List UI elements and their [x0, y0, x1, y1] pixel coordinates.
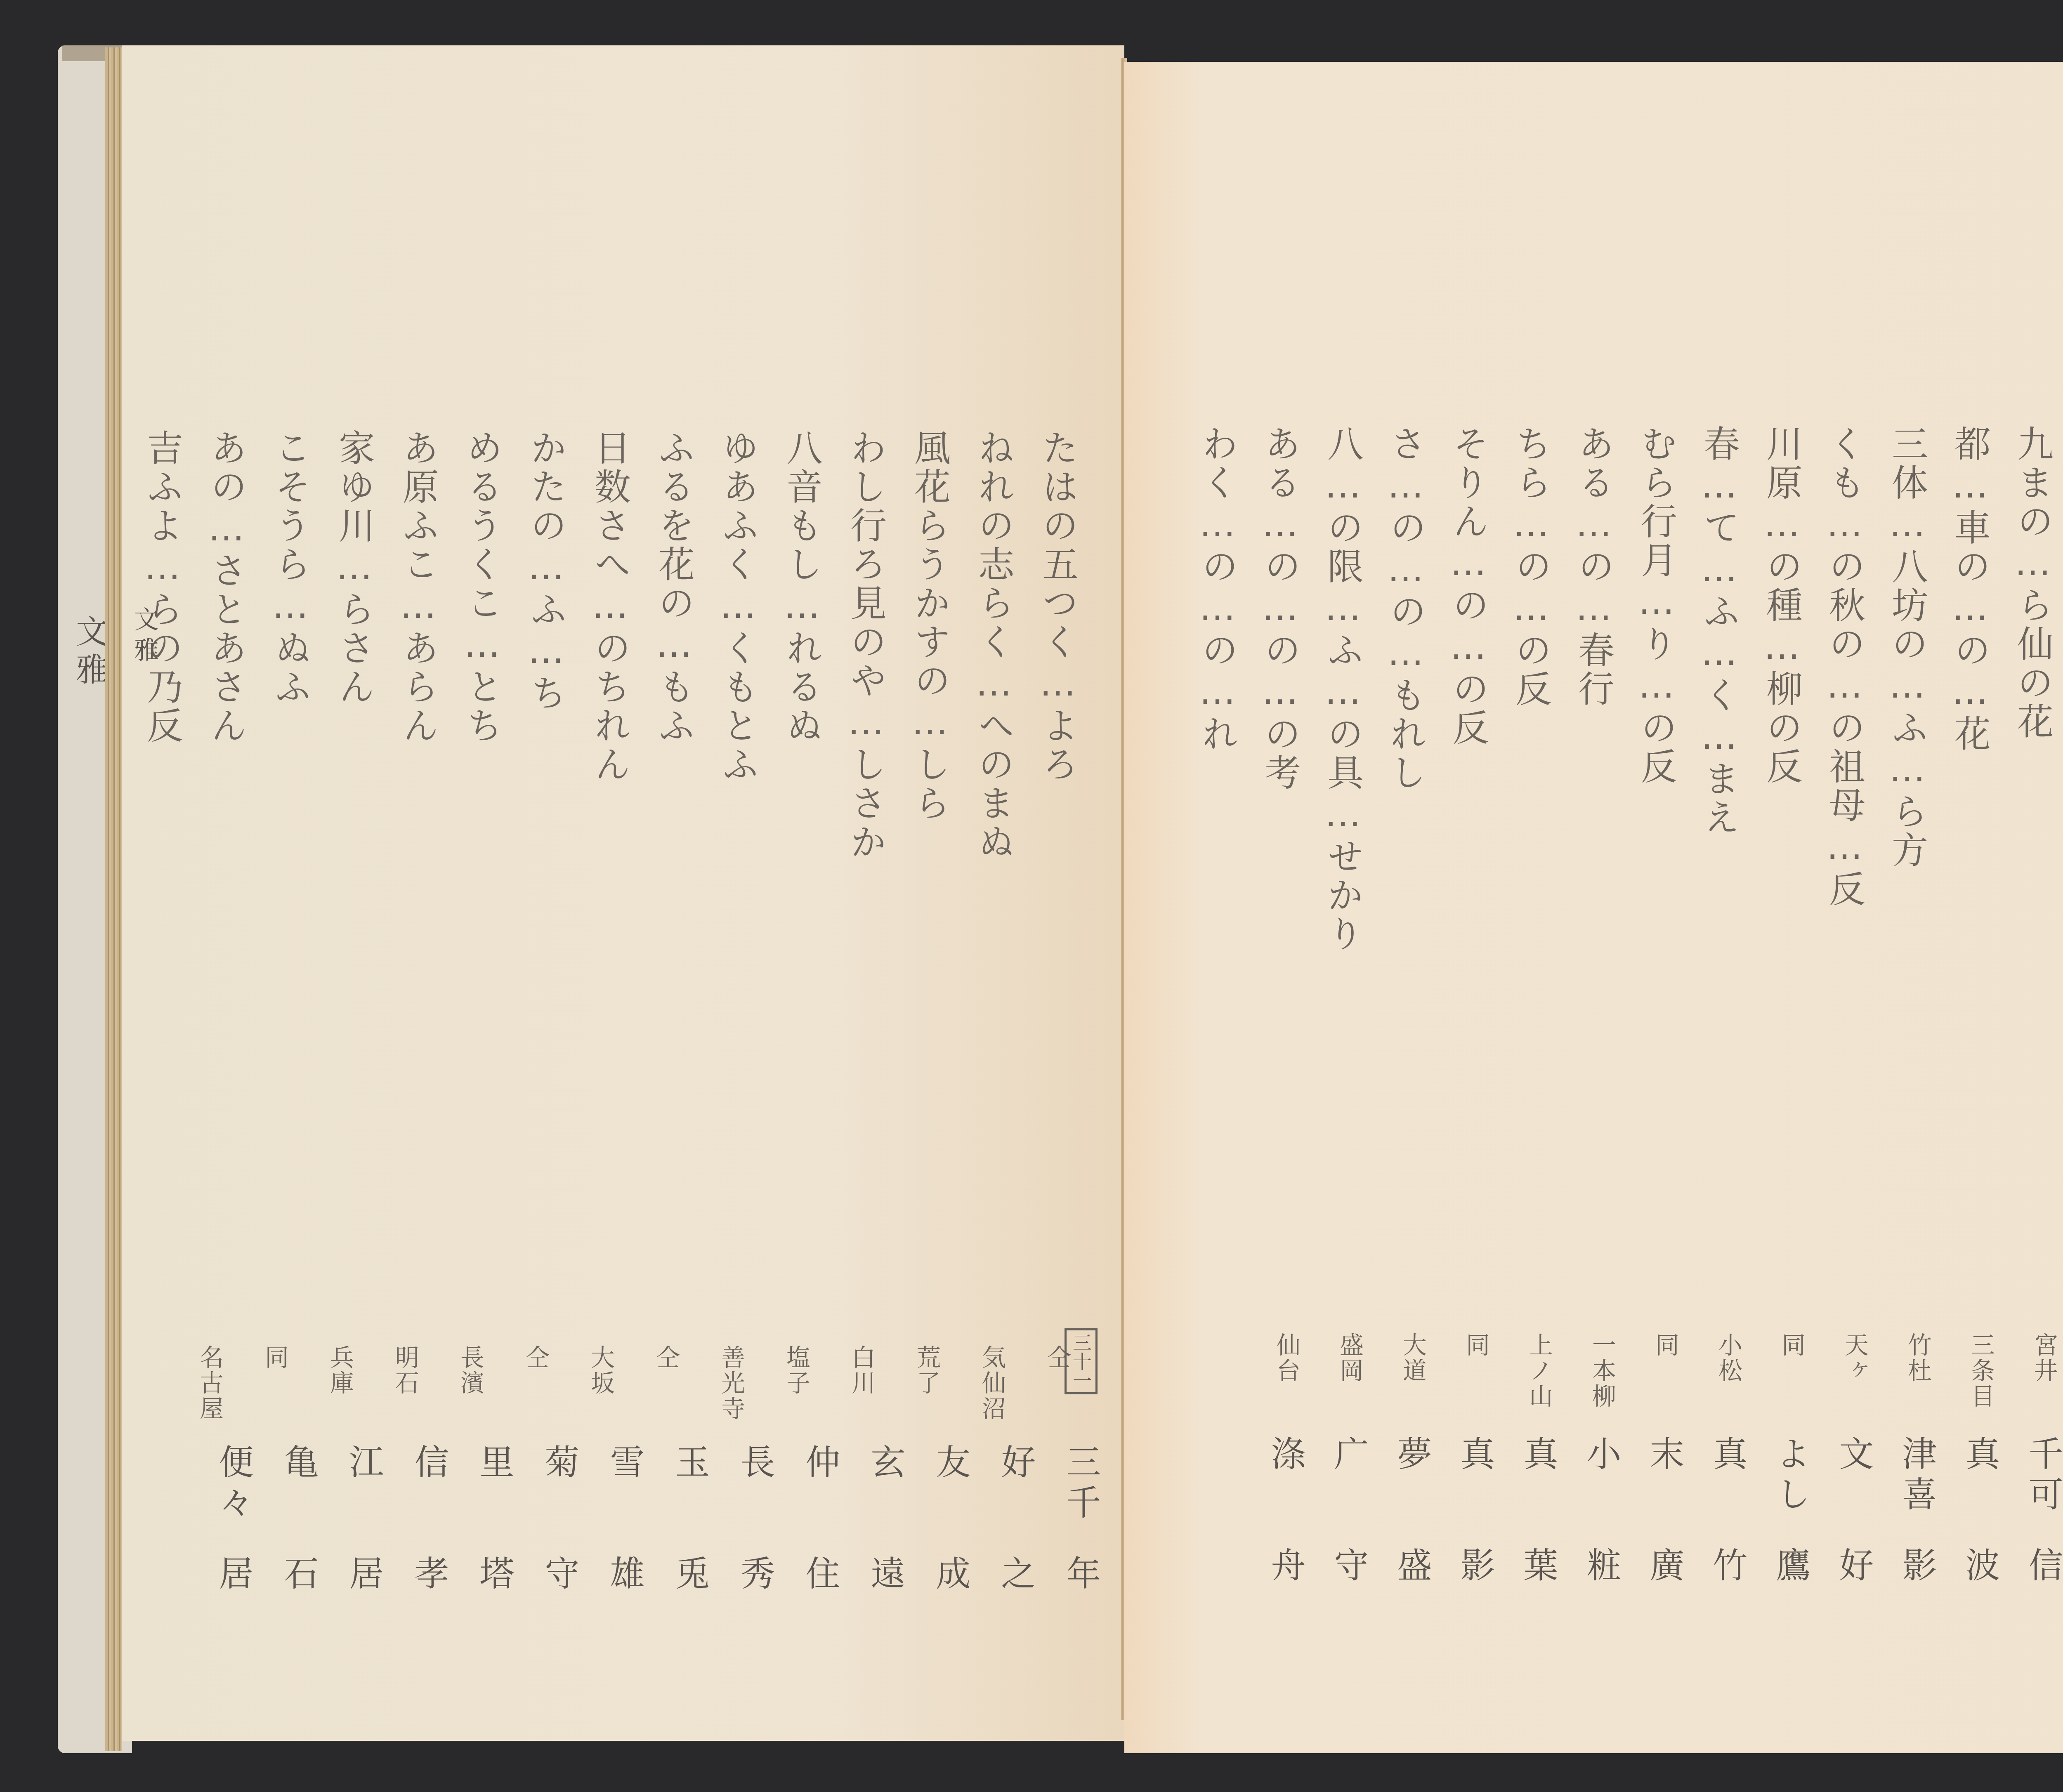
poet-name-upper: 雪 — [600, 1444, 650, 1484]
poet-name-lower: 成 — [926, 1555, 976, 1596]
poet-name-lower: 石 — [274, 1555, 324, 1596]
text-column: わし行ろ見のや…しさか — [840, 429, 892, 862]
text-column: 八…の限…ふ…の具…せかり — [1317, 425, 1369, 954]
place-name: 小松 — [1711, 1332, 1746, 1384]
place-name: 仝 — [518, 1345, 553, 1370]
poet-name-upper: 好 — [991, 1444, 1041, 1484]
poet-name-upper: 仲 — [795, 1444, 845, 1484]
left-page: 文雅 たはの五つく…よろねれの志らく…へのまぬ風花らうかすの…しらわし行ろ見のや… — [122, 45, 1124, 1741]
text-column: くも…の秋の…の祖母…反 — [1818, 425, 1870, 909]
place-name: 同 — [1648, 1332, 1683, 1358]
place-name: 善光寺 — [714, 1345, 748, 1422]
place-name: 同 — [1459, 1332, 1493, 1358]
place-name: 大道 — [1395, 1332, 1430, 1384]
poet-name-lower: 葉 — [1513, 1547, 1563, 1587]
poet-name-upper: 玄 — [861, 1444, 911, 1484]
poet-name-lower: 遠 — [861, 1555, 911, 1596]
poet-name-upper: 广 — [1324, 1436, 1374, 1476]
page-number-box: 三十一 — [1065, 1328, 1098, 1394]
text-column: ある…の…春行 — [1567, 425, 1619, 709]
poet-name-lower: 守 — [1324, 1547, 1374, 1587]
place-name: 竹杜 — [1900, 1332, 1935, 1384]
poet-name-upper: 小 — [1577, 1436, 1626, 1476]
poet-name-upper: 便々 — [209, 1444, 259, 1525]
text-column: 都…車の…の…花 — [1944, 425, 1996, 754]
place-name: 荒了 — [909, 1345, 944, 1396]
text-column: あの…さとあさん — [200, 429, 252, 745]
place-name: 明石 — [388, 1345, 423, 1396]
poet-name-lower: 雄 — [600, 1555, 650, 1596]
place-name: 上ノ山 — [1522, 1332, 1556, 1409]
place-name: 気仙沼 — [975, 1345, 1009, 1422]
place-name: 仙台 — [1269, 1332, 1304, 1384]
poet-name-lower: 守 — [535, 1555, 585, 1596]
poet-name-lower: 年 — [1056, 1555, 1106, 1596]
poet-name-upper: 真 — [1450, 1436, 1500, 1476]
poet-name-lower: 波 — [1955, 1547, 2005, 1587]
text-column: ふるを花の…もふ — [648, 429, 700, 745]
place-name: 仝 — [649, 1345, 683, 1370]
place-name: 白川 — [844, 1345, 879, 1396]
place-name: 同 — [1774, 1332, 1809, 1358]
poet-name-upper: よし — [1766, 1436, 1816, 1516]
poet-name-lower: 竹 — [1703, 1547, 1753, 1587]
poet-name-lower: 居 — [209, 1555, 259, 1596]
poet-name-lower: 住 — [795, 1555, 845, 1596]
text-column: かたの…ふ…ち — [520, 429, 572, 713]
poet-name-upper: 里 — [470, 1444, 519, 1484]
text-column: 九まの…ら仙の花 — [2006, 425, 2058, 741]
poet-name-upper: 涤 — [1261, 1436, 1311, 1476]
text-column: 吉ふよ…らの乃反 — [136, 429, 188, 745]
text-column: さ…の…の…もれし — [1379, 425, 1431, 792]
poet-name-lower: 秀 — [730, 1555, 780, 1596]
place-name: 盛岡 — [1332, 1332, 1367, 1384]
text-column: ちら…の…の反 — [1505, 425, 1557, 709]
poet-name-upper: 玉 — [665, 1444, 715, 1484]
place-name: 一本柳 — [1585, 1332, 1619, 1409]
poet-name-upper: 千可 — [2018, 1436, 2063, 1516]
place-name: 塩子 — [779, 1345, 814, 1396]
poet-name-upper: 真 — [1703, 1436, 1753, 1476]
text-column: こそうら…ぬふ — [264, 429, 316, 707]
text-column: 川原…の種…柳の反 — [1756, 425, 1808, 786]
place-name: 長濱 — [453, 1345, 488, 1396]
poet-name-lower: 居 — [339, 1555, 389, 1596]
poet-name-lower: 塔 — [470, 1555, 519, 1596]
poet-name-lower: 舟 — [1261, 1547, 1311, 1587]
text-column: めるうくこ…とち — [456, 429, 508, 745]
text-column: ゆあふく…くもとふ — [712, 429, 764, 784]
text-column: むら行月…り…の反 — [1630, 425, 1682, 786]
text-column: 三体…八坊の…ふ…ら方 — [1881, 425, 1933, 870]
poet-name-upper: 亀 — [274, 1444, 324, 1484]
poet-name-lower: 好 — [1829, 1547, 1879, 1587]
poet-name-upper: 真 — [1513, 1436, 1563, 1476]
right-page: 八 材しれ叶て…かりなり九まの…ら仙の花都…車の…の…花三体…八坊の…ふ…ら方く… — [1124, 62, 2063, 1753]
poet-name-upper: 江 — [339, 1444, 389, 1484]
text-column: 風花らうかすの…しら — [904, 429, 956, 823]
text-column: そりん…の…の反 — [1442, 425, 1494, 747]
place-name: 宮井 — [2027, 1332, 2061, 1384]
poet-name-lower: 影 — [1892, 1547, 1942, 1587]
poet-name-upper: 信 — [404, 1444, 454, 1484]
poet-name-lower: 盛 — [1387, 1547, 1437, 1587]
text-column: 家ゆ川…らさん — [328, 429, 380, 707]
poet-name-upper: 夢 — [1387, 1436, 1437, 1476]
text-column: ねれの志らく…へのまぬ — [968, 429, 1020, 862]
poet-name-lower: 之 — [991, 1555, 1041, 1596]
place-name: 兵庫 — [323, 1345, 357, 1396]
poet-name-lower: 粧 — [1577, 1547, 1626, 1587]
place-name: 天ヶ — [1837, 1332, 1872, 1384]
text-column: あ原ふこ…あらん — [392, 429, 444, 745]
place-name: 名古屋 — [192, 1345, 227, 1422]
text-column: 八音もし…れるぬ — [776, 429, 828, 745]
poet-name-upper: 菊 — [535, 1444, 585, 1484]
poet-name-lower: 信 — [2018, 1547, 2063, 1587]
poet-name-upper: 真 — [1955, 1436, 2005, 1476]
poet-name-lower: 兎 — [665, 1555, 715, 1596]
place-name: 三条目 — [1964, 1332, 1998, 1409]
poet-name-upper: 友 — [926, 1444, 976, 1484]
text-column: 日数さへ…のちれん — [584, 429, 636, 784]
poet-name-upper: 長 — [730, 1444, 780, 1484]
poet-name-upper: 津喜 — [1892, 1436, 1942, 1516]
place-name: 大坂 — [583, 1345, 618, 1396]
poet-name-upper: 末 — [1640, 1436, 1690, 1476]
left-page-stack-edge — [105, 47, 122, 1751]
text-column: 春…て…ふ…く…まえ — [1693, 425, 1745, 837]
text-column: わく…の…の…れ — [1191, 425, 1243, 754]
poet-name-lower: 廣 — [1640, 1547, 1690, 1587]
poet-name-upper: 文 — [1829, 1436, 1879, 1476]
poet-name-lower: 孝 — [404, 1555, 454, 1596]
text-column: ある…の…の…の考 — [1254, 425, 1306, 792]
poet-name-lower: 影 — [1450, 1547, 1500, 1587]
poet-name-lower: 鷹 — [1766, 1547, 1816, 1587]
place-name: 同 — [257, 1345, 292, 1370]
text-column: たはの五つく…よろ — [1031, 429, 1083, 784]
poet-name-upper: 三千 — [1056, 1444, 1106, 1525]
